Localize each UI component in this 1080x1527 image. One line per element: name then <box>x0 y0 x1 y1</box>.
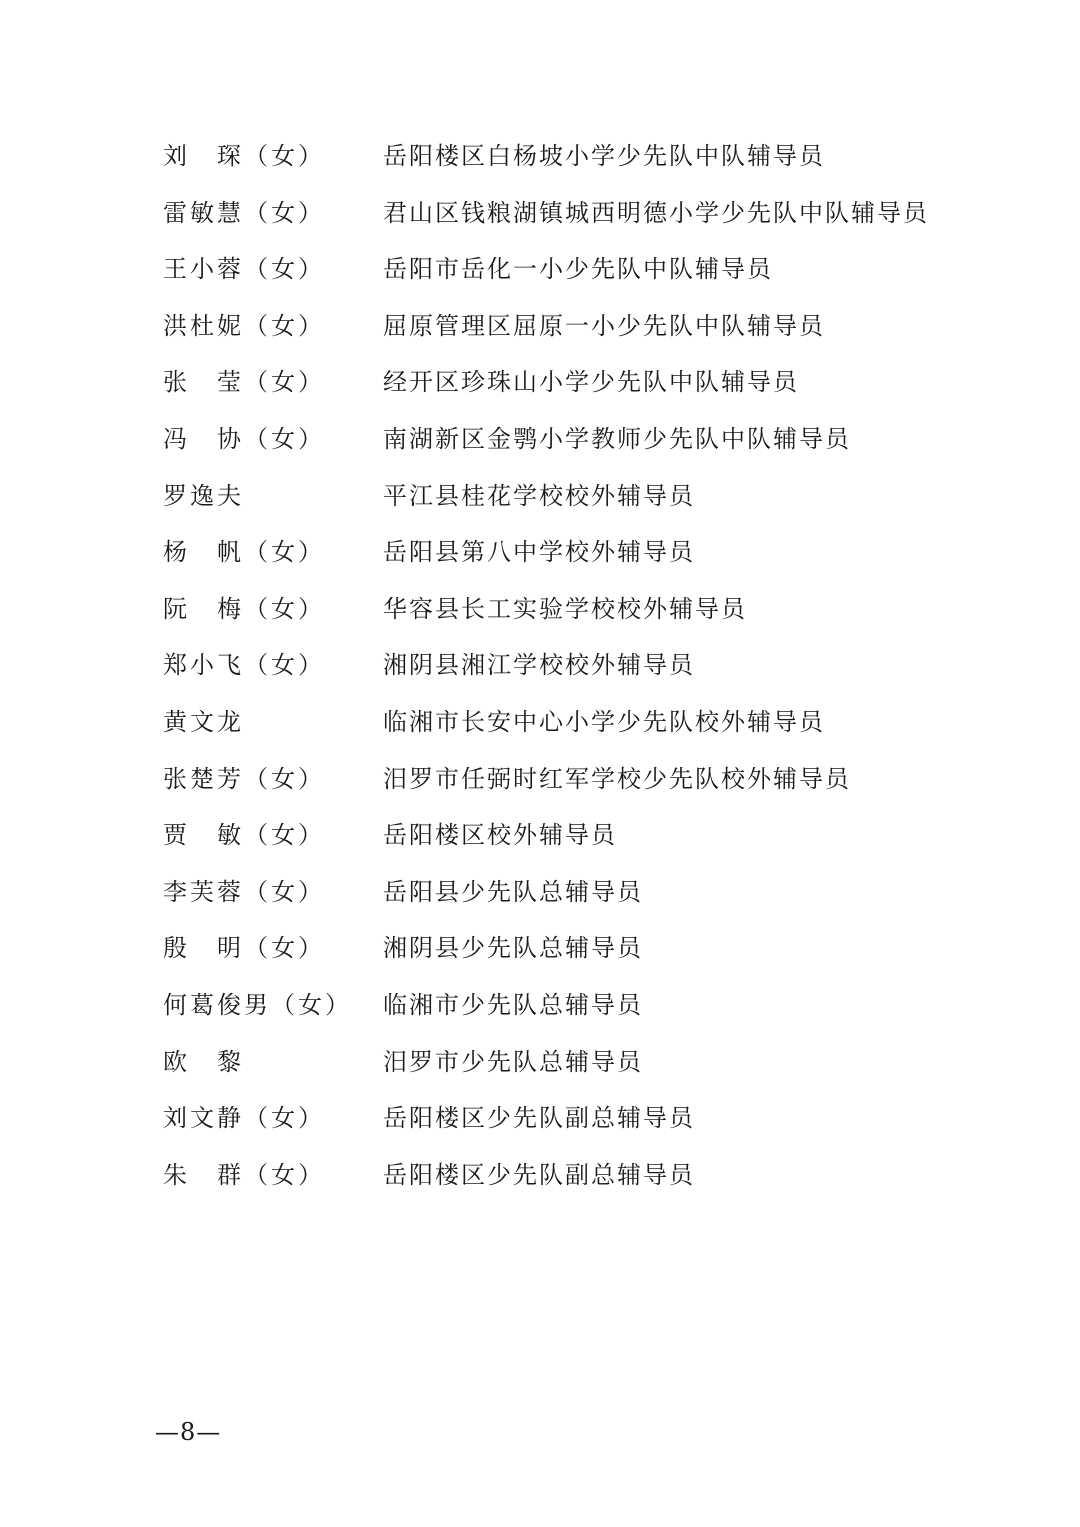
person-role: 岳阳楼区少先队副总辅导员 <box>383 1098 695 1138</box>
person-name: 杨 帆（女） <box>163 532 325 572</box>
person-name: 欧 黎 <box>163 1042 244 1082</box>
person-name: 李芙蓉（女） <box>163 872 325 912</box>
person-name: 王小蓉（女） <box>163 249 325 289</box>
person-name: 冯 协（女） <box>163 419 325 459</box>
person-name: 郑小飞（女） <box>163 645 325 685</box>
person-name: 朱 群（女） <box>163 1155 325 1195</box>
person-role: 屈原管理区屈原一小少先队中队辅导员 <box>383 306 825 346</box>
person-role: 临湘市长安中心小学少先队校外辅导员 <box>383 702 825 742</box>
person-name: 张楚芳（女） <box>163 759 325 799</box>
person-role: 经开区珍珠山小学少先队中队辅导员 <box>383 362 799 402</box>
page-number: —8— <box>155 1414 221 1450</box>
person-name: 黄文龙 <box>163 702 244 742</box>
person-role: 岳阳市岳化一小少先队中队辅导员 <box>383 249 773 289</box>
person-name: 罗逸夫 <box>163 476 244 516</box>
person-role: 湘阴县湘江学校校外辅导员 <box>383 645 695 685</box>
person-role: 湘阴县少先队总辅导员 <box>383 928 643 968</box>
person-role: 汨罗市少先队总辅导员 <box>383 1042 643 1082</box>
person-name: 何葛俊男（女） <box>163 985 352 1025</box>
person-name: 刘文静（女） <box>163 1098 325 1138</box>
person-name: 刘 琛（女） <box>163 136 325 176</box>
person-name: 殷 明（女） <box>163 928 325 968</box>
person-role: 岳阳楼区少先队副总辅导员 <box>383 1155 695 1195</box>
person-name: 阮 梅（女） <box>163 589 325 629</box>
person-name: 张 莹（女） <box>163 362 325 402</box>
person-role: 君山区钱粮湖镇城西明德小学少先队中队辅导员 <box>383 193 929 233</box>
person-role: 岳阳楼区校外辅导员 <box>383 815 617 855</box>
person-role: 汨罗市任弼时红军学校少先队校外辅导员 <box>383 759 851 799</box>
person-role: 华容县长工实验学校校外辅导员 <box>383 589 747 629</box>
person-role: 岳阳县少先队总辅导员 <box>383 872 643 912</box>
person-name: 贾 敏（女） <box>163 815 325 855</box>
person-role: 临湘市少先队总辅导员 <box>383 985 643 1025</box>
person-name: 雷敏慧（女） <box>163 193 325 233</box>
document-page: 刘 琛（女） 岳阳楼区白杨坡小学少先队中队辅导员 雷敏慧（女） 君山区钱粮湖镇城… <box>0 0 1080 1527</box>
person-role: 岳阳县第八中学校外辅导员 <box>383 532 695 572</box>
person-role: 南湖新区金鹗小学教师少先队中队辅导员 <box>383 419 851 459</box>
person-name: 洪杜妮（女） <box>163 306 325 346</box>
person-role: 岳阳楼区白杨坡小学少先队中队辅导员 <box>383 136 825 176</box>
person-role: 平江县桂花学校校外辅导员 <box>383 476 695 516</box>
